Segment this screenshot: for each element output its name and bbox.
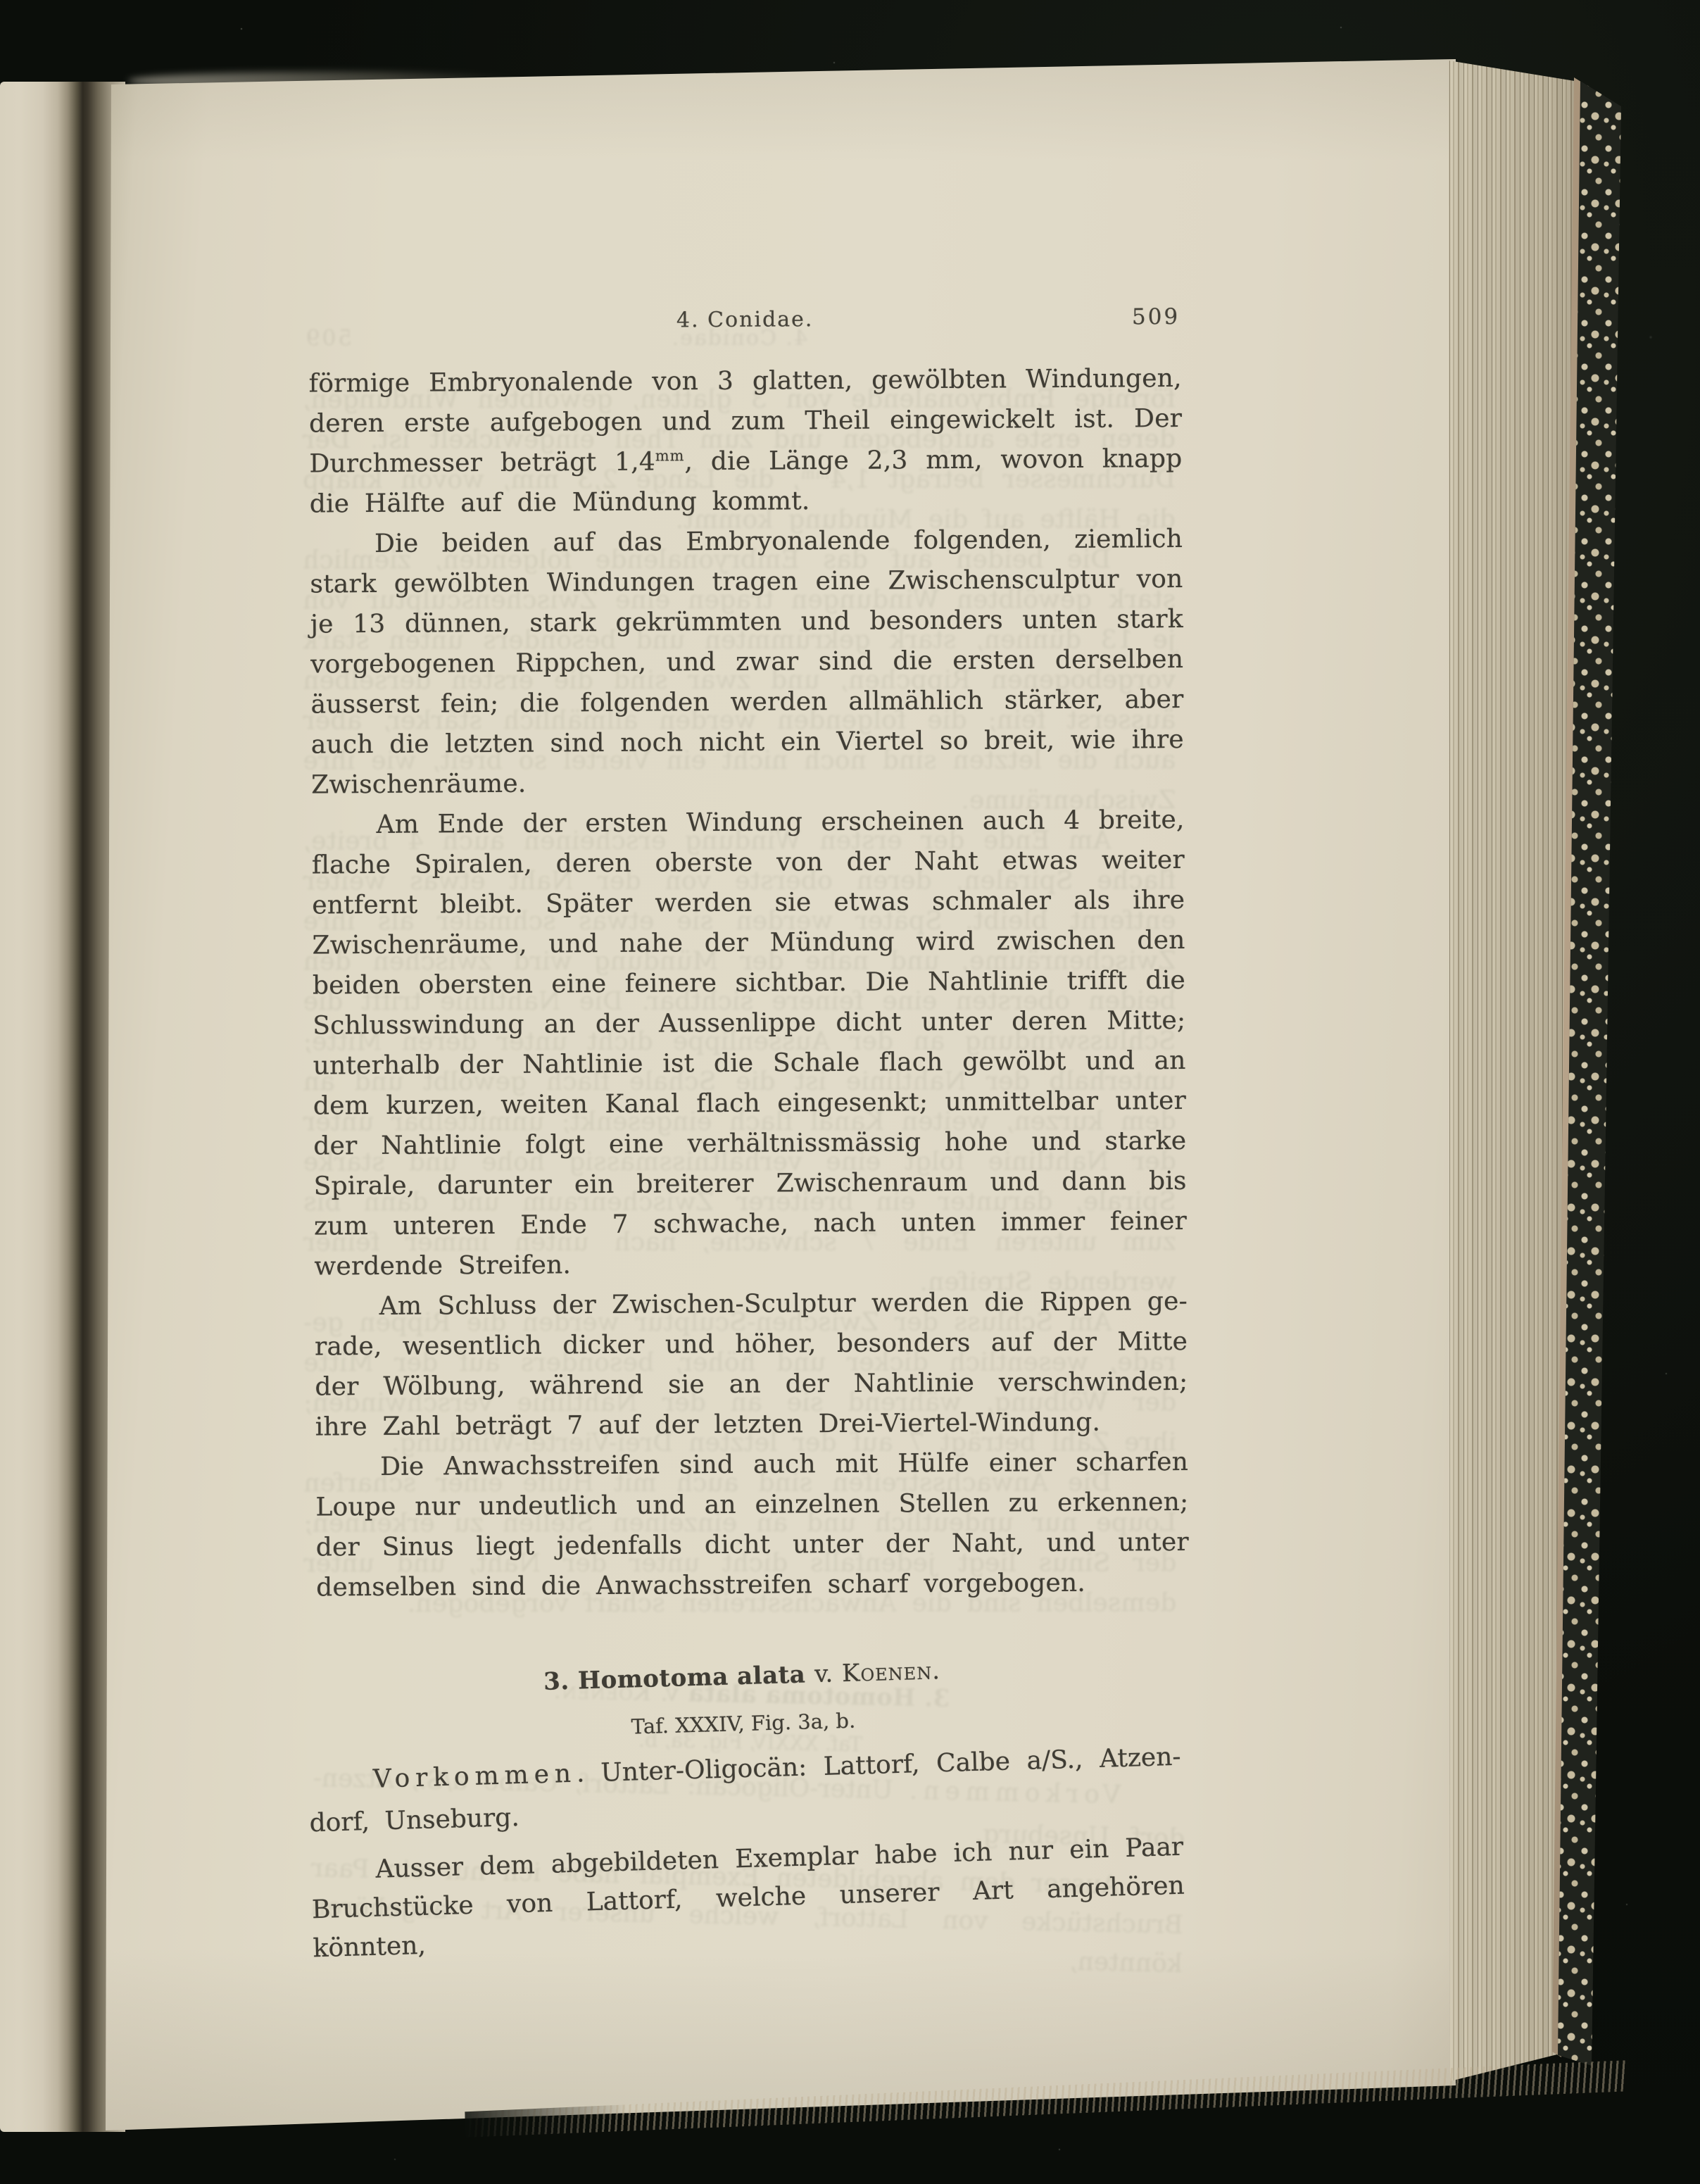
paragraph: Am Ende der ersten Windung erscheinen au… bbox=[311, 800, 1187, 1287]
page-header: 4. Conidae. 509 bbox=[308, 297, 1181, 343]
dust-specks bbox=[0, 0, 1, 1]
author-connector: v. bbox=[814, 1659, 833, 1688]
superscript-unit: mm bbox=[655, 447, 685, 464]
paragraph-continuation: förmige Embryonalende von 3 glatten, gew… bbox=[309, 358, 1183, 525]
paragraph: Die Anwachsstreifen sind auch mit Hülfe … bbox=[315, 1442, 1189, 1608]
page-number: 509 bbox=[1132, 297, 1180, 337]
species-name: 3. Homotoma alata bbox=[543, 1661, 806, 1696]
page-main-text: 4. Conidae. 509 förmige Embryonalende vo… bbox=[308, 297, 1189, 1608]
page-text-column: 4. Conidae. 509 förmige Embryonalende vo… bbox=[308, 299, 1181, 1956]
paragraph: Am Schluss der Zwischen-Sculptur werden … bbox=[315, 1281, 1188, 1448]
paragraph: Die beiden auf das Embryonalende folgend… bbox=[310, 519, 1184, 805]
closing-paragraph: Ausser dem abgebildeten Exemplar habe ic… bbox=[310, 1828, 1186, 1969]
book-photo-scene: 4. Conidae. 509 förmige Embryonalende vo… bbox=[0, 0, 1700, 2184]
species-author: Koenen. bbox=[842, 1657, 941, 1688]
occurrence-label: Vorkommen. bbox=[372, 1759, 591, 1794]
running-title: 4. Conidae. bbox=[308, 297, 1181, 343]
book-page: 4. Conidae. 509 förmige Embryonalende vo… bbox=[106, 56, 1456, 2133]
species-section: 3. Homotoma alatav.Koenen. Taf. XXXIV, F… bbox=[305, 1643, 1185, 1968]
occurrence-paragraph: Vorkommen.Unter-Oligocän: Lattorf, Calbe… bbox=[308, 1736, 1183, 1845]
book-fore-edge bbox=[1436, 55, 1640, 2097]
